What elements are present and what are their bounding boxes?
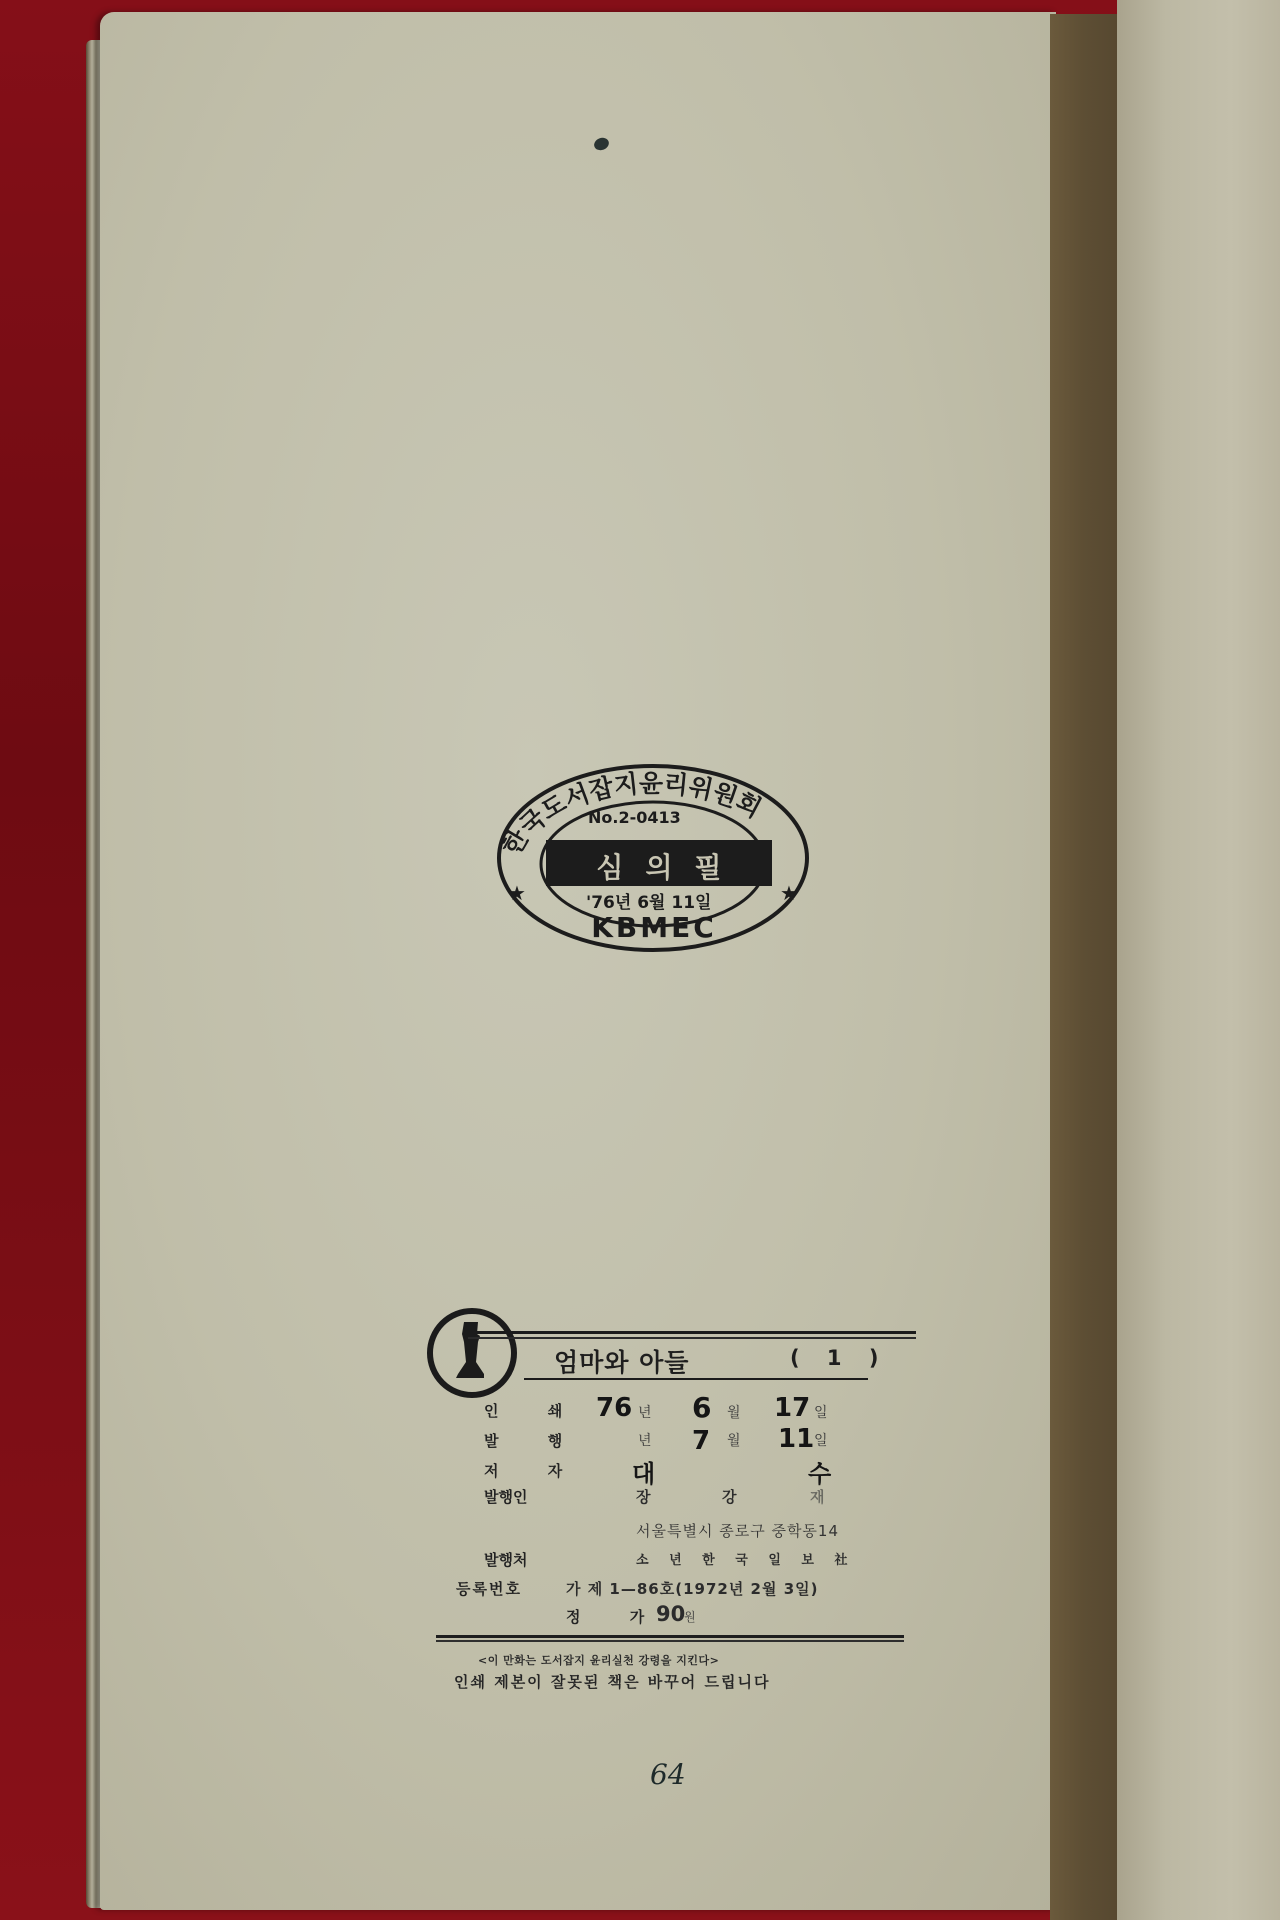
torch-logo-icon — [450, 1318, 490, 1380]
price-unit: 원 — [684, 1608, 696, 1625]
day-unit: 일 — [814, 1402, 828, 1422]
publisher-person-name-2: 강 — [722, 1486, 737, 1507]
print-label: 인 쇄 — [484, 1400, 584, 1421]
author-row: 저 자 대 수 — [0, 1460, 1280, 1486]
publisher-row: 발행처 소 년 한 국 일 보 社 — [0, 1549, 1280, 1575]
price-amount: 90 — [656, 1602, 685, 1626]
publish-date-row: 발 행 년 7 월 11 일 — [0, 1430, 1280, 1456]
bottom-rule — [436, 1635, 904, 1638]
print-month: 6 — [692, 1391, 711, 1424]
price-row: 정 가 90 원 — [0, 1606, 1280, 1632]
top-rule — [468, 1331, 916, 1334]
month-unit: 월 — [727, 1430, 741, 1450]
bottom-rule-thin — [436, 1640, 904, 1642]
ethics-note: <이 만화는 도서잡지 윤리실천 강령을 지킨다> — [478, 1652, 719, 1668]
title-underline — [524, 1378, 868, 1380]
print-year: 76 — [596, 1393, 632, 1423]
print-day: 17 — [774, 1393, 810, 1423]
address-row: 서울특별시 종로구 중학동14 — [0, 1520, 1280, 1546]
publisher-label: 발행처 — [484, 1549, 527, 1570]
book-title: 엄마와 아들 — [554, 1343, 689, 1379]
publisher-name: 소 년 한 국 일 보 社 — [636, 1549, 856, 1568]
publisher-person-name-1: 장 — [636, 1486, 651, 1507]
exchange-note: 인쇄 제본이 잘못된 책은 바꾸어 드립니다 — [454, 1671, 770, 1692]
publish-day: 11 — [778, 1424, 814, 1454]
page-number: 64 — [650, 1758, 686, 1791]
publish-label: 발 행 — [484, 1430, 584, 1451]
month-unit: 월 — [727, 1402, 741, 1422]
print-date-row: 인 쇄 76 년 6 월 17 일 — [0, 1400, 1280, 1426]
publisher-address: 서울특별시 종로구 중학동14 — [636, 1520, 839, 1541]
publish-month: 7 — [692, 1426, 710, 1456]
author-label: 저 자 — [484, 1460, 584, 1481]
author-name-last: 수 — [808, 1454, 831, 1489]
publisher-person-label: 발행인 — [484, 1486, 527, 1507]
top-rule-thin — [468, 1337, 916, 1339]
publisher-person-name-3: 재 — [810, 1486, 825, 1507]
publisher-person-row: 발행인 장 강 재 — [0, 1486, 1280, 1512]
year-unit: 년 — [638, 1430, 652, 1450]
author-name-first: 대 — [632, 1454, 655, 1489]
colophon: 엄마와 아들 ( 1 ) 인 쇄 76 년 6 월 17 일 발 행 년 7 월… — [0, 0, 1280, 1920]
day-unit: 일 — [814, 1430, 828, 1450]
year-unit: 년 — [638, 1402, 652, 1422]
volume-number: ( 1 ) — [790, 1346, 888, 1370]
registration-row: 등록번호 가 제 1—86호(1972년 2월 3일) — [0, 1578, 1280, 1604]
price-label: 정 가 — [566, 1606, 666, 1627]
registration-label: 등록번호 — [456, 1578, 522, 1599]
registration-value: 가 제 1—86호(1972년 2월 3일) — [566, 1578, 818, 1599]
